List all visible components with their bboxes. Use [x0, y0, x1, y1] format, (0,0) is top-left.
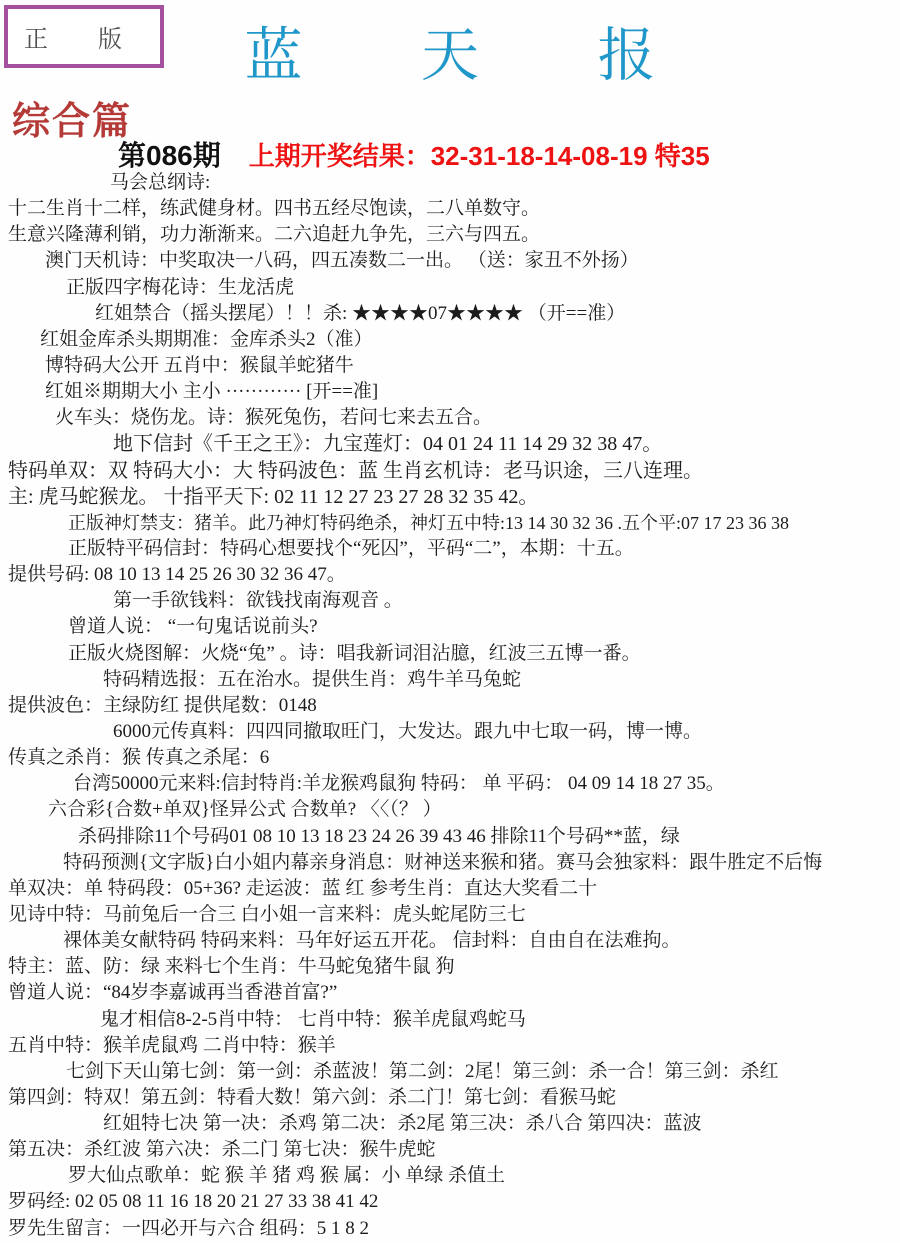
text-line: 正版火烧图解：火烧“兔” 。诗：唱我新词泪沾臆，红波三五博一番。: [0, 641, 900, 667]
text-line: 第四剑：特双！第五剑：特看大数！第六剑：杀二门！第七剑：看猴马蛇: [0, 1085, 900, 1111]
text-line: 台湾50000元来料:信封特肖:羊龙猴鸡鼠狗 特码： 单 平码： 04 09 1…: [0, 771, 900, 797]
text-line: 澳门天机诗：中奖取决一八码，四五凑数二一出。 （送：家丑不外扬）: [0, 248, 900, 274]
text-line: 七剑下天山第七剑：第一剑：杀蓝波！第二剑：2尾！第三剑：杀一合！第三剑：杀红: [0, 1059, 900, 1085]
text-line: 生意兴隆薄利销，功力渐渐来。二六追赶九争先，三六与四五。: [0, 222, 900, 248]
text-line: 红姐特七决 第一决：杀鸡 第二决：杀2尾 第三决：杀八合 第四决：蓝波: [0, 1111, 900, 1137]
text-line: 特主：蓝、防：绿 来料七个生肖：牛马蛇兔猪牛鼠 狗: [0, 954, 900, 980]
text-line: 杀码排除11个号码01 08 10 13 18 23 24 26 39 43 4…: [0, 824, 900, 850]
text-line: 鬼才相信8-2-5肖中特： 七肖中特：猴羊虎鼠鸡蛇马: [0, 1007, 900, 1033]
text-line: 第一手欲钱料：欲钱找南海观音 。: [0, 588, 900, 614]
text-line: 五肖中特：猴羊虎鼠鸡 二肖中特：猴羊: [0, 1033, 900, 1059]
text-line: 六合彩{合数+单双}怪异公式 合数单? 〈〈（？ ）: [0, 797, 900, 823]
text-line: 单双决：单 特码段：05+36? 走运波：蓝 红 参考生肖：直达大奖看二十: [0, 876, 900, 902]
content-lines: 马会总纲诗:十二生肖十二样，练武健身材。四书五经尽饱读，二八单数守。生意兴隆薄利…: [0, 170, 900, 1242]
text-line: 马会总纲诗:: [0, 170, 900, 196]
text-line: 正版神灯禁支：猪羊。此乃神灯特码绝杀，神灯五中特:13 14 30 32 36 …: [0, 510, 900, 536]
text-line: 提供号码: 08 10 13 14 25 26 30 32 36 47。: [0, 562, 900, 588]
text-line: 十二生肖十二样，练武健身材。四书五经尽饱读，二八单数守。: [0, 196, 900, 222]
text-line: 特码单双：双 特码大小：大 特码波色：蓝 生肖玄机诗：老马识途，三八连理。: [0, 458, 900, 484]
text-line: 6000元传真料：四四同撤取旺门，大发达。跟九中七取一码，博一博。: [0, 719, 900, 745]
text-line: 正版四字梅花诗：生龙活虎: [0, 275, 900, 301]
text-line: 主: 虎马蛇猴龙。 十指平天下: 02 11 12 27 23 27 28 32…: [0, 484, 900, 510]
issue-row: 第086期 上期开奖结果：32-31-18-14-08-19 特35: [118, 134, 710, 174]
text-line: 传真之杀肖：猴 传真之杀尾：6: [0, 745, 900, 771]
text-line: 火车头：烧伤龙。诗：猴死兔伤，若问七来去五合。: [0, 405, 900, 431]
text-line: 红姐金库杀头期期准：金库杀头2（准）: [0, 327, 900, 353]
text-line: 特码预测{文字版}白小姐内幕亲身消息：财神送来猴和猪。赛马会独家料：跟牛胜定不后…: [0, 850, 900, 876]
issue-number: 第086期: [118, 134, 221, 174]
text-line: 红姐禁合（摇头摆尾）！！杀: ★★★★07★★★★ （开==准）: [0, 301, 900, 327]
text-line: 曾道人说： “一句鬼话说前头?: [0, 614, 900, 640]
text-line: 罗大仙点歌单：蛇 猴 羊 猪 鸡 猴 属：小 单绿 杀值土: [0, 1163, 900, 1189]
text-line: 罗码经: 02 05 08 11 16 18 20 21 27 33 38 41…: [0, 1189, 900, 1215]
text-line: 地下信封《千王之王》：九宝莲灯：04 01 24 11 14 29 32 38 …: [0, 431, 900, 457]
text-line: 红姐※期期大小 主小 ············ [开==准]: [0, 379, 900, 405]
text-line: 特码精选报：五在治水。提供生肖：鸡牛羊马兔蛇: [0, 667, 900, 693]
last-draw-result: 上期开奖结果：32-31-18-14-08-19 特35: [249, 136, 710, 173]
text-line: 第五决：杀红波 第六决：杀二门 第七决：猴牛虎蛇: [0, 1137, 900, 1163]
text-line: 博特码大公开 五肖中：猴鼠羊蛇猪牛: [0, 353, 900, 379]
text-line: 提供波色：主绿防红 提供尾数：0148: [0, 693, 900, 719]
page-title: 蓝 天 报: [0, 8, 900, 92]
section-title: 综合篇: [12, 90, 132, 145]
newspaper-page: 正 版 蓝 天 报 综合篇 第086期 上期开奖结果：32-31-18-14-0…: [0, 0, 900, 1243]
text-line: 裸体美女献特码 特码来料：马年好运五开花。 信封料：自由自在法难拘。: [0, 928, 900, 954]
text-line: 曾道人说：“84岁李嘉诚再当香港首富?”: [0, 980, 900, 1006]
text-line: 见诗中特：马前兔后一合三 白小姐一言来料：虎头蛇尾防三七: [0, 902, 900, 928]
text-line: 正版特平码信封：特码心想要找个“死囚”，平码“二”，本期：十五。: [0, 536, 900, 562]
text-line: 罗先生留言：一四必开与六合 组码：5 1 8 2: [0, 1216, 900, 1242]
